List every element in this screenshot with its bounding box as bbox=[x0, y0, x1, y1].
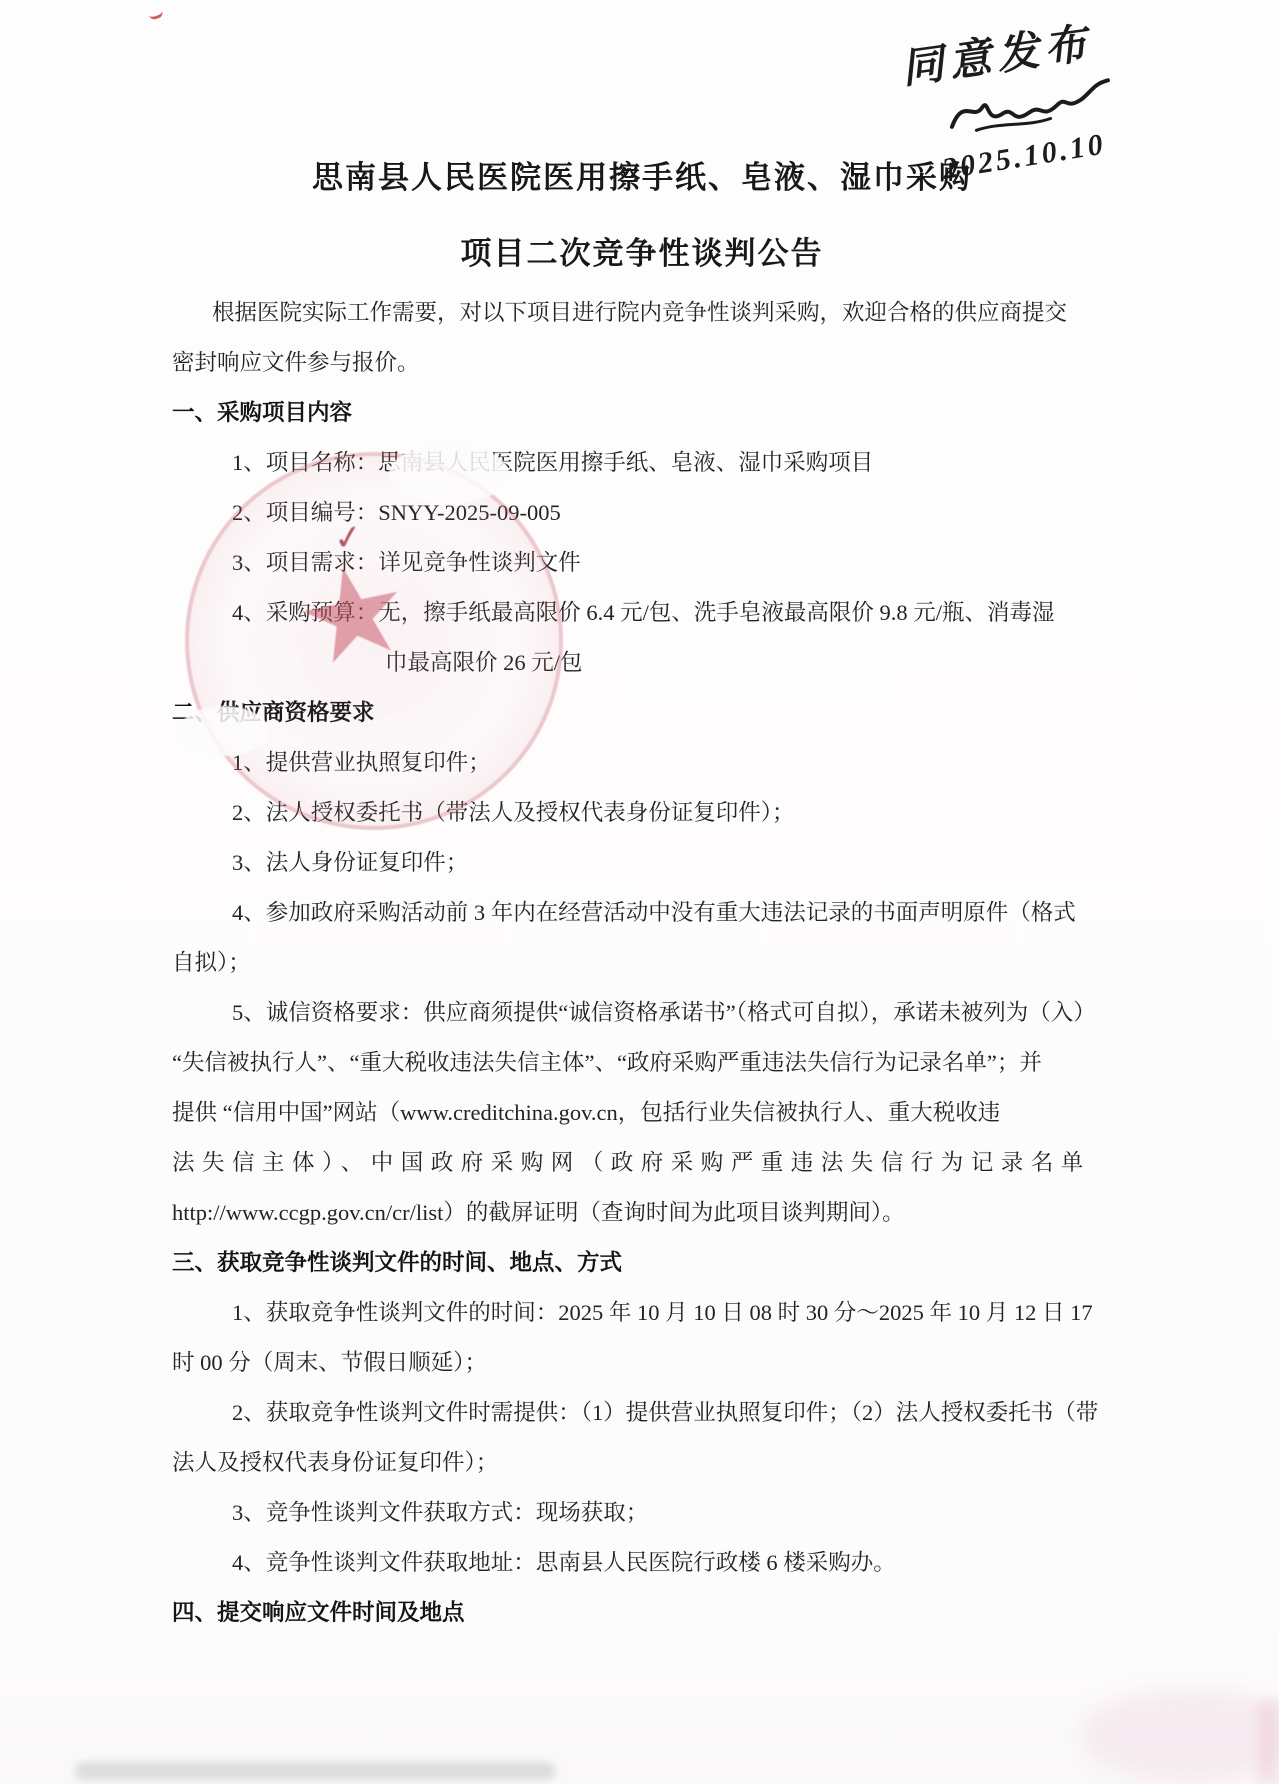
doc-line: 2、法人授权委托书（带法人及授权代表身份证复印件）； bbox=[172, 788, 1117, 838]
doc-line: 1、项目名称：思南县人民医院医用擦手纸、皂液、湿巾采购项目 bbox=[172, 438, 1117, 488]
doc-line: 巾最高限价 26 元/包 bbox=[172, 638, 1117, 688]
doc-line: 3、竞争性谈判文件获取方式：现场获取； bbox=[172, 1488, 1117, 1538]
doc-line: 法失信主体）、中国政府采购网（政府采购严重违法失信行为记录名单 bbox=[172, 1138, 1117, 1188]
doc-line: 法人及授权代表身份证复印件）； bbox=[172, 1438, 1117, 1488]
page-title-line1: 思南县人民医院医用擦手纸、皂液、湿巾采购 bbox=[172, 152, 1112, 197]
doc-line: 一、采购项目内容 bbox=[172, 388, 1117, 438]
doc-line: 四、提交响应文件时间及地点 bbox=[172, 1588, 1117, 1638]
doc-line: 自拟）； bbox=[172, 938, 1117, 988]
doc-line: 2、项目编号：SNYY-2025-09-005 bbox=[172, 488, 1117, 538]
doc-line: 5、诚信资格要求：供应商须提供“诚信资格承诺书”（格式可自拟），承诺未被列为（入… bbox=[172, 988, 1117, 1038]
doc-line: 3、项目需求：详见竞争性谈判文件 bbox=[172, 538, 1117, 588]
doc-line: 二、供应商资格要求 bbox=[172, 688, 1117, 738]
page-title-line2: 项目二次竞争性谈判公告 bbox=[172, 228, 1112, 273]
doc-line: 时 00 分（周末、节假日顺延）； bbox=[172, 1338, 1117, 1388]
doc-line: 3、法人身份证复印件； bbox=[172, 838, 1117, 888]
scan-artifact-smudge bbox=[1258, 1700, 1279, 1784]
doc-line: 4、采购预算：无，擦手纸最高限价 6.4 元/包、洗手皂液最高限价 9.8 元/… bbox=[172, 588, 1117, 638]
document-body: 根据医院实际工作需要，对以下项目进行院内竞争性谈判采购，欢迎合格的供应商提交密封… bbox=[172, 288, 1117, 1638]
doc-line: 提供 “信用中国”网站（www.creditchina.gov.cn，包括行业失… bbox=[172, 1088, 1117, 1138]
doc-line: http://www.ccgp.gov.cn/cr/list）的截屏证明（查询时… bbox=[172, 1188, 1117, 1238]
document-page: 同意发布 2025.10.10 思南县人民医院医用擦手纸、皂液、湿巾采购 项目二… bbox=[0, 0, 1279, 1784]
doc-line: 密封响应文件参与报价。 bbox=[172, 338, 1117, 388]
scan-artifact-smudge bbox=[1080, 1690, 1279, 1780]
doc-line: 4、参加政府采购活动前 3 年内在经营活动中没有重大违法记录的书面声明原件（格式 bbox=[172, 888, 1117, 938]
doc-line: 2、获取竞争性谈判文件时需提供：（1）提供营业执照复印件；（2）法人授权委托书（… bbox=[172, 1388, 1117, 1438]
doc-line: 三、获取竞争性谈判文件的时间、地点、方式 bbox=[172, 1238, 1117, 1288]
doc-line: 4、竞争性谈判文件获取地址：思南县人民医院行政楼 6 楼采购办。 bbox=[172, 1538, 1117, 1588]
doc-line: 根据医院实际工作需要，对以下项目进行院内竞争性谈判采购，欢迎合格的供应商提交 bbox=[172, 288, 1117, 338]
doc-line: “失信被执行人”、“重大税收违法失信主体”、“政府采购严重违法失信行为记录名单”… bbox=[172, 1038, 1117, 1088]
doc-line: 1、提供营业执照复印件； bbox=[172, 738, 1117, 788]
scan-artifact-smudge bbox=[75, 1762, 555, 1780]
doc-line: 1、获取竞争性谈判文件的时间：2025 年 10 月 10 日 08 时 30 … bbox=[172, 1288, 1117, 1338]
scan-artifact-red-mark bbox=[146, 2, 164, 21]
